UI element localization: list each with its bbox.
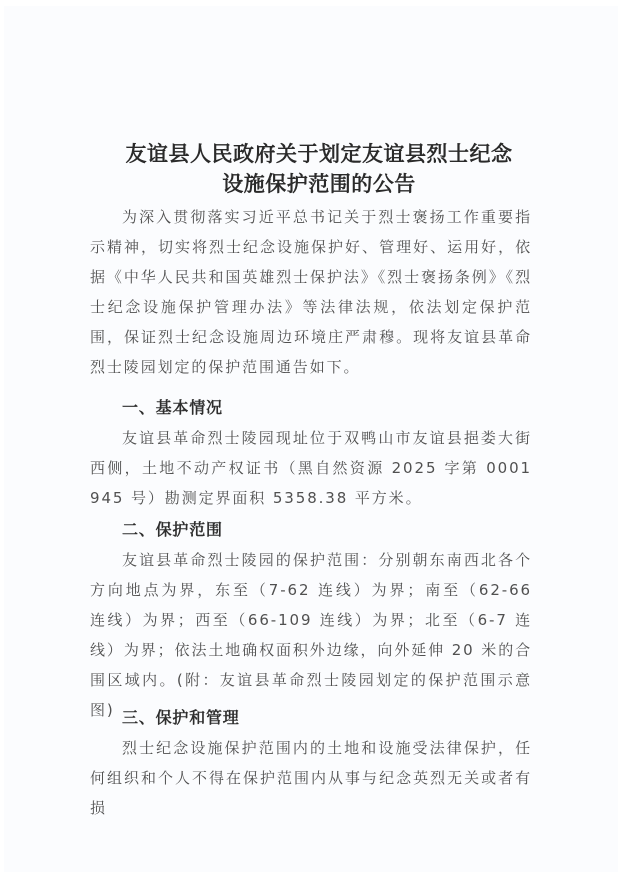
section-heading-basic-info: 一、基本情况 bbox=[122, 393, 223, 423]
document-title: 友谊县人民政府关于划定友谊县烈士纪念 设施保护范围的公告 bbox=[0, 139, 638, 199]
intro-paragraph: 为深入贯彻落实习近平总书记关于烈士褒扬工作重要指示精神，切实将烈士纪念设施保护好… bbox=[90, 202, 532, 382]
title-line-2: 设施保护范围的公告 bbox=[0, 169, 638, 199]
section-paragraph-protection-scope: 友谊县革命烈士陵园的保护范围：分别朝东南西北各个方向地点为界，东至（7-62 连… bbox=[90, 545, 532, 725]
section-paragraph-protection-management: 烈士纪念设施保护范围内的土地和设施受法律保护，任何组织和个人不得在保护范围内从事… bbox=[90, 733, 532, 823]
section-heading-protection-scope: 二、保护范围 bbox=[122, 515, 223, 545]
title-line-1: 友谊县人民政府关于划定友谊县烈士纪念 bbox=[0, 139, 638, 169]
section-paragraph-basic-info: 友谊县革命烈士陵园现址位于双鸭山市友谊县挹娄大街西侧，土地不动产权证书（黑自然资… bbox=[90, 423, 532, 513]
section-heading-protection-management: 三、保护和管理 bbox=[122, 703, 240, 733]
